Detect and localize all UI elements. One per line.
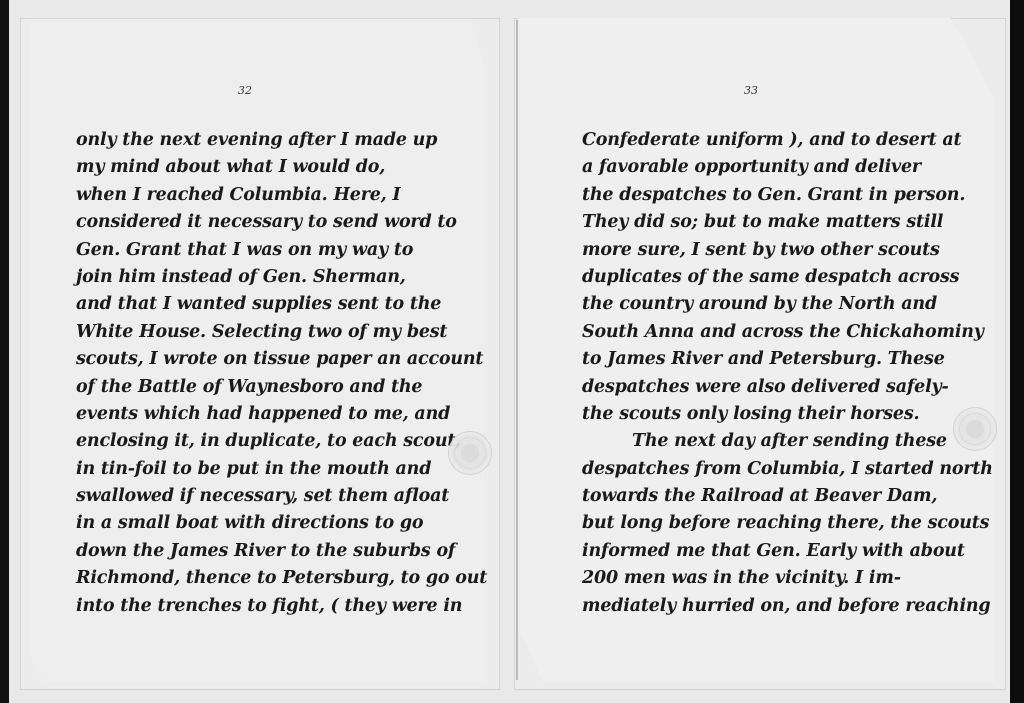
archival-seal-stamp-icon	[953, 407, 997, 451]
scan-left-edge	[0, 0, 9, 703]
text-line: South Anna and across the Chickahominy	[582, 319, 993, 346]
text-line: White House. Selecting two of my best	[76, 319, 487, 346]
text-line: informed me that Gen. Early with about	[582, 538, 993, 565]
page-number-right: 33	[744, 84, 758, 97]
text-line: in a small boat with directions to go	[76, 510, 487, 537]
text-line: only the next evening after I made up	[76, 127, 487, 154]
text-line: swallowed if necessary, set them afloat	[76, 483, 487, 510]
text-line: a favorable opportunity and deliver	[582, 154, 993, 181]
text-line: considered it necessary to send word to	[76, 209, 487, 236]
text-line: more sure, I sent by two other scouts	[582, 237, 993, 264]
text-line: events which had happened to me, and	[76, 401, 487, 428]
right-page-text: Confederate uniform ), and to desert at …	[582, 127, 993, 620]
paragraph-start-line: The next day after sending these	[582, 428, 993, 455]
text-line: to James River and Petersburg. These	[582, 346, 993, 373]
text-line: They did so; but to make matters still	[582, 209, 993, 236]
text-line: but long before reaching there, the scou…	[582, 510, 993, 537]
page-number-left: 32	[238, 84, 252, 97]
scan-right-edge	[1010, 0, 1024, 703]
text-line: the despatches to Gen. Grant in person.	[582, 182, 993, 209]
text-line: in tin-foil to be put in the mouth and	[76, 456, 487, 483]
text-line: into the trenches to fight, ( they were …	[76, 593, 487, 620]
text-line: Richmond, thence to Petersburg, to go ou…	[76, 565, 487, 592]
text-line: Confederate uniform ), and to desert at	[582, 127, 993, 154]
text-line: mediately hurried on, and before reachin…	[582, 593, 993, 620]
text-line: despatches were also delivered safely-	[582, 374, 993, 401]
text-line: despatches from Columbia, I started nort…	[582, 456, 993, 483]
text-line: of the Battle of Waynesboro and the	[76, 374, 487, 401]
left-page-text: only the next evening after I made up my…	[76, 127, 487, 620]
text-line: and that I wanted supplies sent to the	[76, 291, 487, 318]
page-gutter	[516, 20, 518, 680]
text-line: scouts, I wrote on tissue paper an accou…	[76, 346, 487, 373]
text-line: join him instead of Gen. Sherman,	[76, 264, 487, 291]
archival-seal-stamp-icon	[448, 431, 492, 475]
text-line: my mind about what I would do,	[76, 154, 487, 181]
text-line: towards the Railroad at Beaver Dam,	[582, 483, 993, 510]
text-line: duplicates of the same despatch across	[582, 264, 993, 291]
text-line: enclosing it, in duplicate, to each scou…	[76, 428, 487, 455]
text-line: down the James River to the suburbs of	[76, 538, 487, 565]
text-line: the scouts only losing their horses.	[582, 401, 993, 428]
text-line: the country around by the North and	[582, 291, 993, 318]
text-line: 200 men was in the vicinity. I im-	[582, 565, 993, 592]
text-line: when I reached Columbia. Here, I	[76, 182, 487, 209]
text-line: Gen. Grant that I was on my way to	[76, 237, 487, 264]
